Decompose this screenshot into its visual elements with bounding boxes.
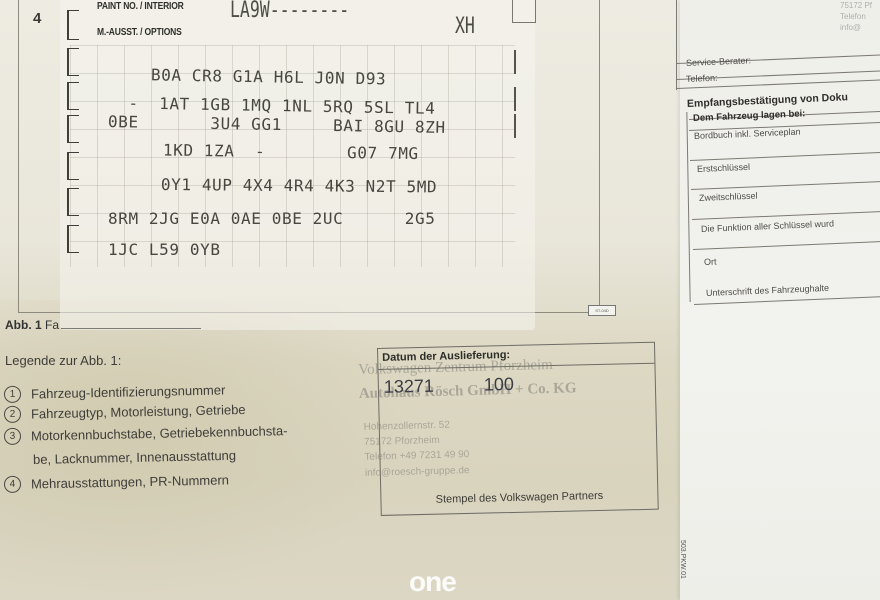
options-label: M.-AUSST. / OPTIONS [97,27,182,38]
delivery-header: Datum der Auslieferung: [378,343,654,370]
bracket-mark [67,48,79,76]
faint-address: 75172 PfTelefoninfo@ [840,0,872,33]
circled-number-icon: 3 [4,428,21,445]
legend-text: Fahrzeug-Identifizierungsnummer [31,382,226,401]
interior-code: XH [455,14,475,39]
figure-label: Abb. 1 [5,318,42,332]
option-codes-line: 0Y1 4UP 4X4 4R4 4K3 N2T 5MD [120,175,437,197]
bracket-mark [67,188,79,216]
paint-value: LA9W-------- [230,0,349,23]
partner-stamp-label: Stempel des Volkswagen Partners [381,489,657,507]
watermark-logo: one [409,566,456,598]
receipt-border [676,0,677,90]
form-code: 503.PKW.01 [679,540,686,579]
circled-number-icon: 2 [4,406,21,423]
delivery-value-2: 100 [484,374,515,396]
bracket-mark [67,10,79,40]
grid-edge [514,50,516,74]
card-tag: ST-04D [588,305,616,316]
legend-text: Mehrausstattungen, PR-Nummern [31,472,229,491]
bracket-mark [67,115,79,143]
section-number: 4 [33,10,41,27]
grid-edge [514,114,516,138]
bracket-mark [67,152,79,180]
checkbox-square [512,0,536,23]
legend-text: Fahrzeugtyp, Motorleistung, Getriebe [31,402,246,421]
obscured-caption [61,322,201,329]
legend-title: Legende zur Abb. 1: [5,353,121,368]
option-codes-line: 8RM 2JG E0A 0AE 0BE 2UC 2G5 [108,209,435,228]
figure-caption-text: Fa [45,318,59,332]
paint-label: PAINT NO. / INTERIOR [97,1,184,12]
bracket-mark [67,225,79,253]
option-codes-line: 1JC L59 0YB [108,240,221,259]
grid-edge [514,87,516,111]
delivery-title: Datum der Auslieferung: [382,349,510,364]
bracket-mark [67,82,79,110]
receipt-row: Ort [704,256,717,267]
delivery-value-1: 13271 [384,376,435,398]
circled-number-icon: 1 [4,386,21,403]
circled-number-icon: 4 [4,476,21,493]
figure-caption: Abb. 1 Fa [5,318,201,332]
phone-label: Telefon: [686,73,718,84]
delivery-date-box: Datum der Auslieferung: 13271 100 Stempe… [377,342,659,516]
